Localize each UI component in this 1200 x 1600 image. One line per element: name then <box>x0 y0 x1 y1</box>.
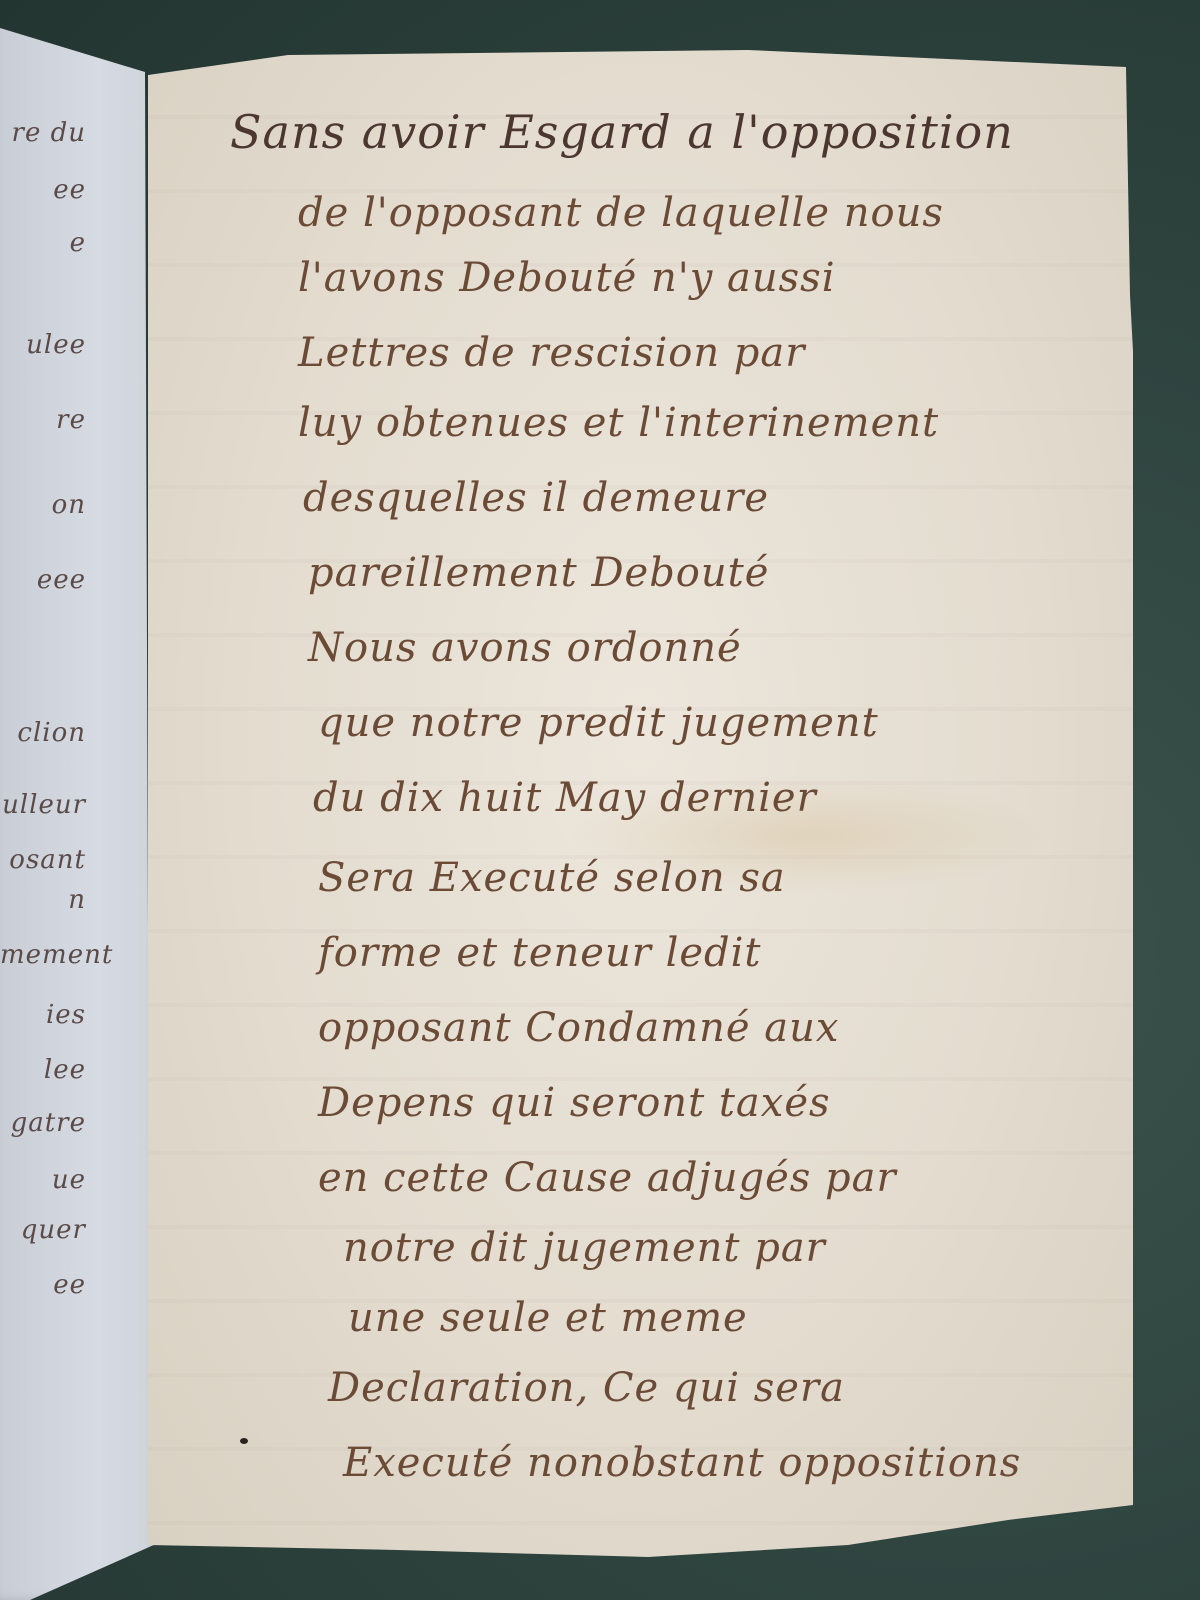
left-line: e <box>0 228 150 258</box>
manuscript-line: notre dit jugement par <box>343 1225 826 1271</box>
left-line: clion <box>0 718 150 748</box>
left-line: ulleur <box>0 790 150 820</box>
left-line: re <box>0 405 150 435</box>
manuscript-line: pareillement Debouté <box>308 550 769 596</box>
left-line: n <box>0 885 150 915</box>
manuscript-line: que notre predit jugement <box>318 700 879 746</box>
left-line: osant <box>0 845 150 875</box>
left-line: lee <box>0 1055 150 1085</box>
left-line: ee <box>0 1270 150 1300</box>
manuscript-line: Sera Executé selon sa <box>318 855 786 901</box>
manuscript-line: Executé nonobstant oppositions <box>343 1440 1021 1486</box>
manuscript-line: une seule et meme <box>348 1295 748 1341</box>
manuscript-line: Nous avons ordonné <box>308 625 742 671</box>
manuscript-line: de l'opposant de laquelle nous <box>298 190 944 236</box>
left-page: re du ee e ulee re on eee clion ulleur o… <box>0 0 160 1600</box>
left-line: ue <box>0 1165 150 1195</box>
right-page: Sans avoir Esgard a l'opposition de l'op… <box>148 45 1133 1565</box>
left-line: gatre <box>0 1108 150 1138</box>
manuscript-line: desquelles il demeure <box>303 475 769 521</box>
manuscript-line: l'avons Debouté n'y aussi <box>298 255 836 301</box>
manuscript-line: Depens qui seront taxés <box>318 1080 831 1126</box>
left-line: ulee <box>0 330 150 360</box>
left-line: quer <box>0 1215 150 1245</box>
manuscript-line: opposant Condamné aux <box>318 1005 839 1051</box>
left-line: ee <box>0 175 150 205</box>
left-line: mement <box>0 940 150 970</box>
ink-spot <box>240 1438 248 1444</box>
manuscript-line: luy obtenues et l'interinement <box>298 400 939 446</box>
left-line: ies <box>0 1000 150 1030</box>
manuscript-line: du dix huit May dernier <box>313 775 817 821</box>
left-line: on <box>0 490 150 520</box>
manuscript-line: Declaration, Ce qui sera <box>328 1365 845 1411</box>
left-line: re du <box>0 118 150 148</box>
manuscript-line: Lettres de rescision par <box>298 330 805 376</box>
manuscript-line: Sans avoir Esgard a l'opposition <box>230 105 1014 159</box>
manuscript-line: forme et teneur ledit <box>318 930 762 976</box>
left-line: eee <box>0 565 150 595</box>
manuscript-line: en cette Cause adjugés par <box>318 1155 897 1201</box>
